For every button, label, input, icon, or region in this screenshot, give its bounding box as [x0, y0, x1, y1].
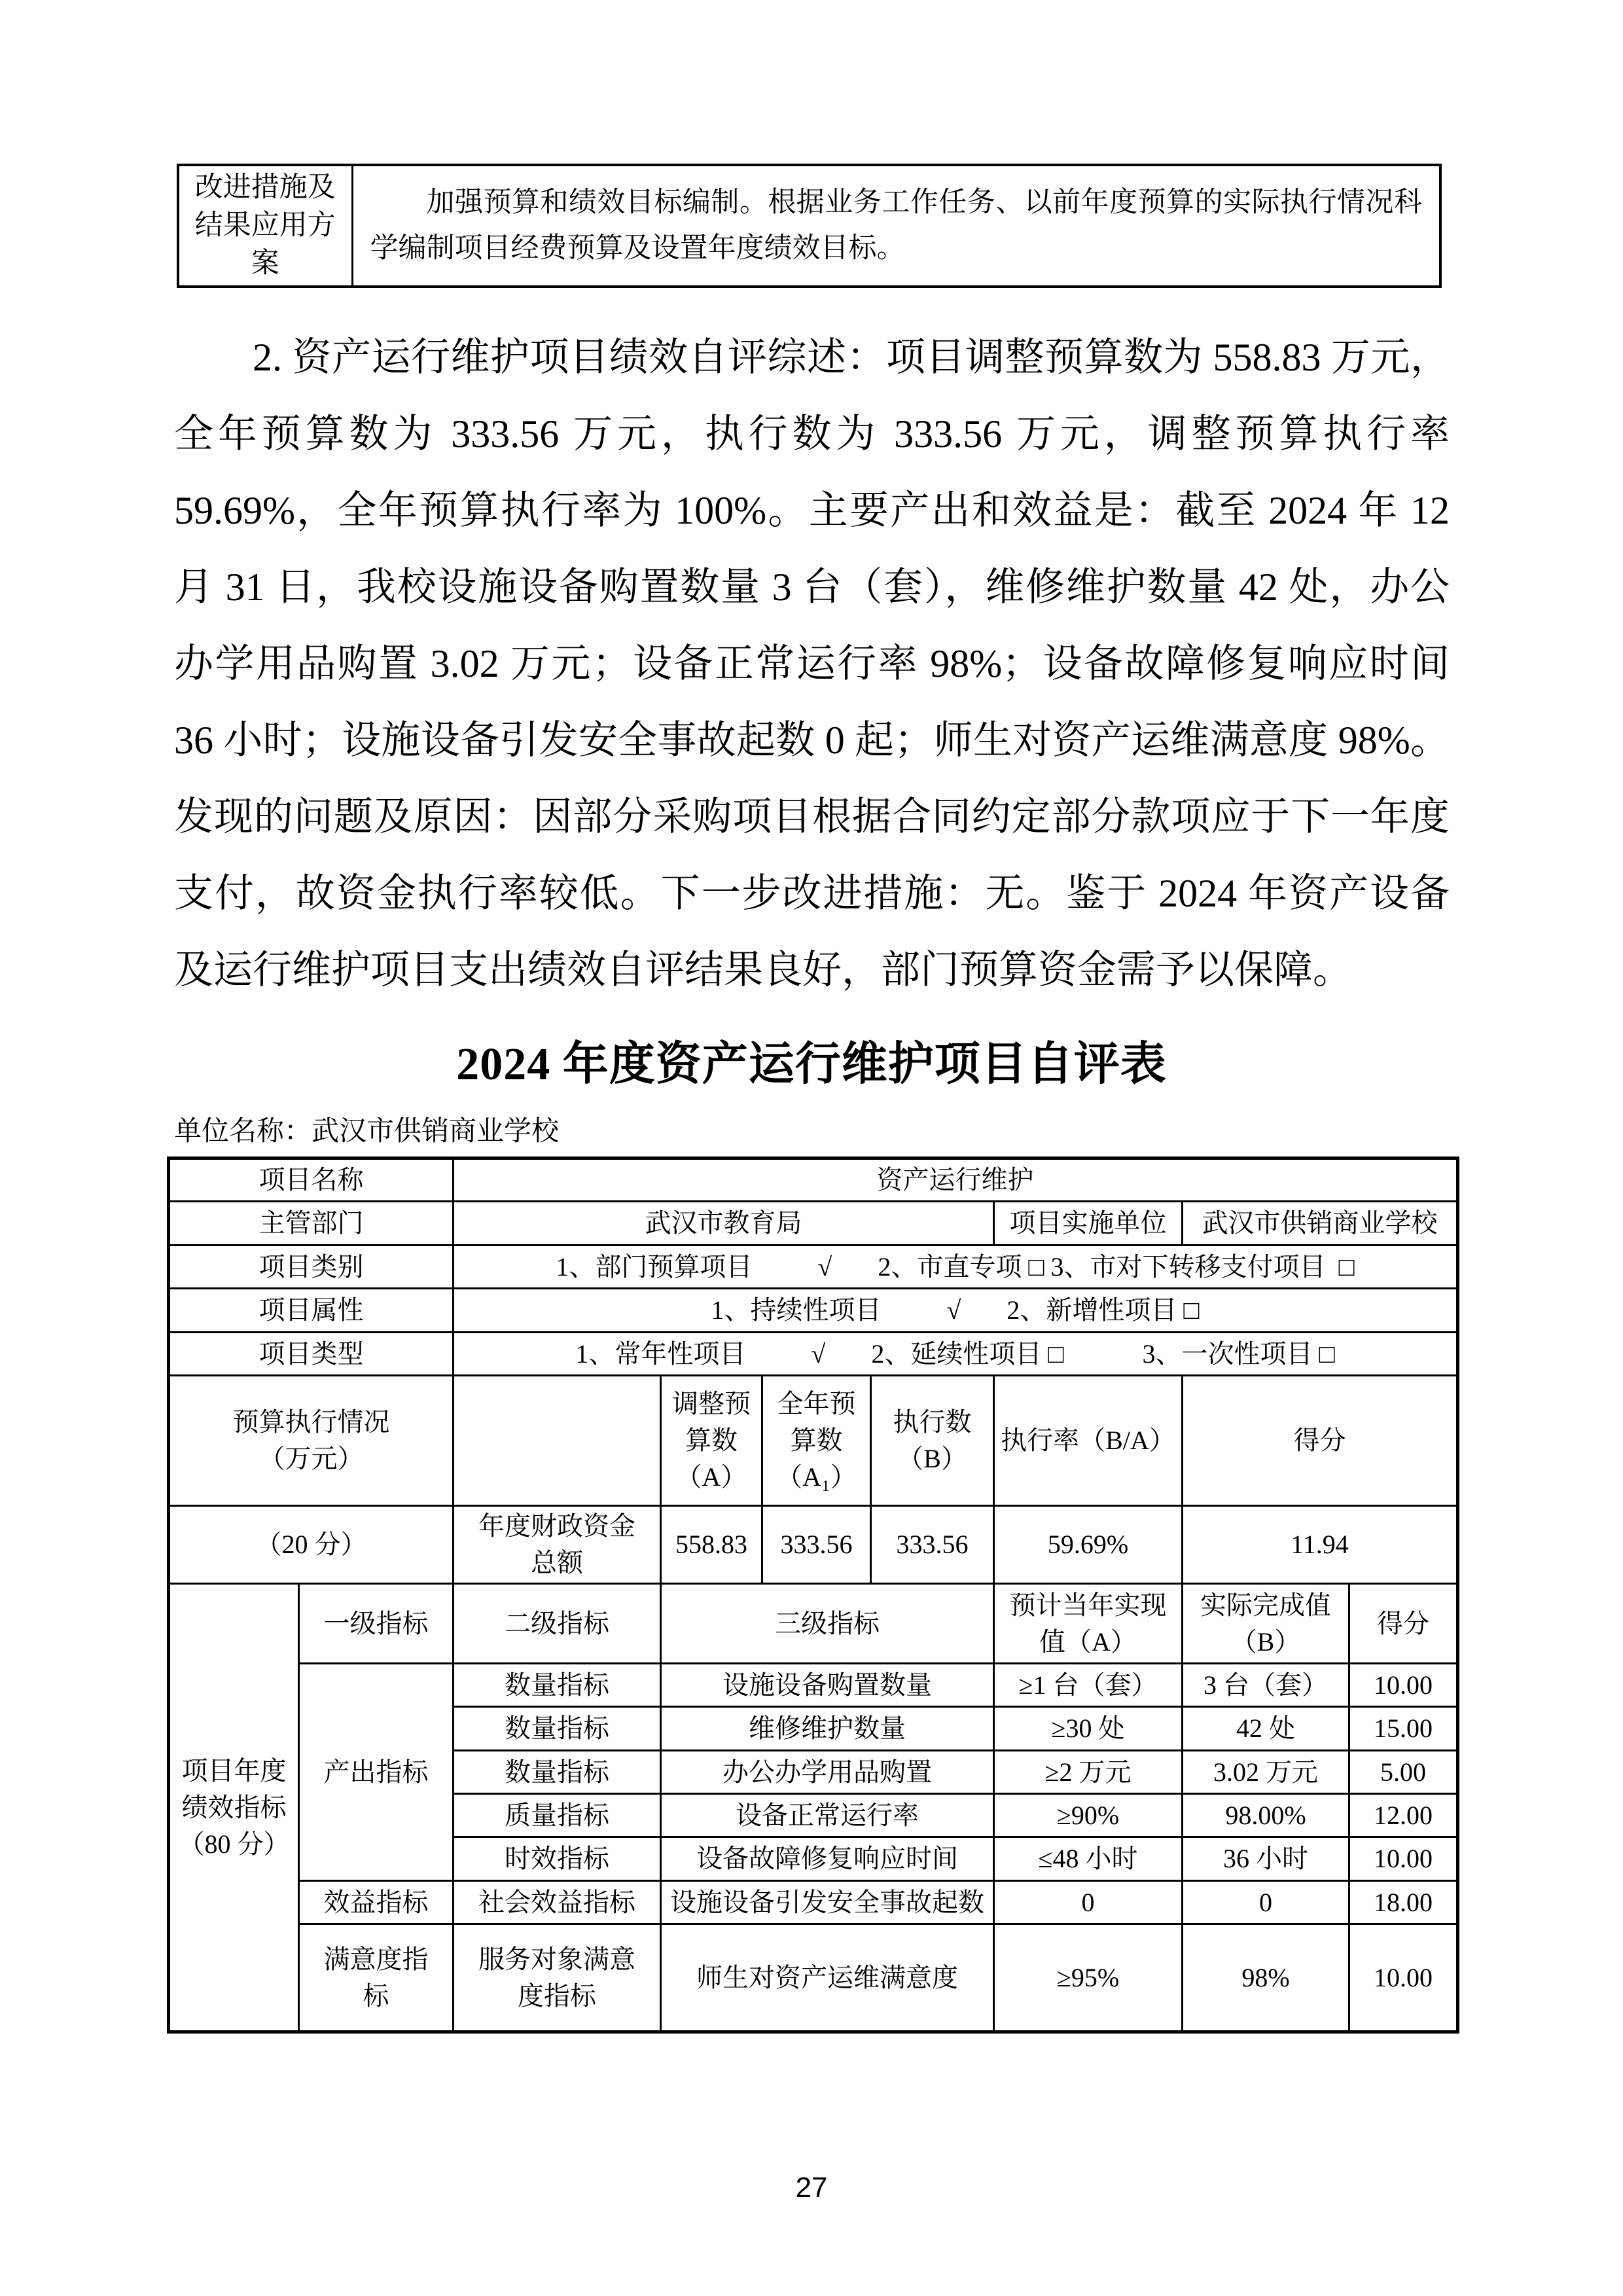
indicator-score-cell: 5.00: [1349, 1751, 1458, 1794]
indicator-score-cell: 12.00: [1349, 1794, 1458, 1837]
carryover-content-cell: 加强预算和绩效目标编制。根据业务工作任务、以前年度预算的实际执行情况科学编制项目…: [352, 165, 1440, 287]
indicator-group-output-cell: 产出指标: [299, 1664, 454, 1881]
indicator-score-cell: 18.00: [1349, 1881, 1458, 1924]
indicator-l3-cell: 设施设备购置数量: [661, 1664, 994, 1707]
table-row: 改进措施及结果应用方案 加强预算和绩效目标编制。根据业务工作任务、以前年度预算的…: [178, 165, 1440, 287]
indicator-score-header-cell: 得分: [1349, 1584, 1458, 1664]
indicator-l2-header-cell: 二级指标: [454, 1584, 661, 1664]
summary-paragraph: 2. 资产运行维护项目绩效自评综述：项目调整预算数为 558.83 万元，全年预…: [174, 319, 1450, 1009]
budget-blank-cell: [454, 1376, 661, 1506]
indicator-actual-header-cell: 实际完成值 （B）: [1183, 1584, 1349, 1664]
unit-name: 单位名称：武汉市供销商业学校: [174, 1115, 1623, 1149]
category-label-cell: 项目类别: [169, 1246, 454, 1289]
indicator-section-label-cell: 项目年度 绩效指标 （80 分）: [169, 1584, 299, 2032]
budget-adjusted-value-cell: 558.83: [661, 1506, 762, 1584]
indicator-target-cell: ≥1 台（套）: [994, 1664, 1183, 1707]
table-row: 项目年度 绩效指标 （80 分） 一级指标 二级指标 三级指标 预计当年实现 值…: [169, 1584, 1458, 1664]
budget-annual-value-cell: 333.56: [762, 1506, 871, 1584]
indicator-l3-cell: 师生对资产运维满意度: [661, 1924, 994, 2032]
indicator-l3-cell: 设备故障修复响应时间: [661, 1837, 994, 1881]
carryover-table: 改进措施及结果应用方案 加强预算和绩效目标编制。根据业务工作任务、以前年度预算的…: [177, 164, 1442, 288]
indicator-l2-cell: 数量指标: [454, 1664, 661, 1707]
indicator-target-cell: ≥2 万元: [994, 1751, 1183, 1794]
indicator-target-cell: ≥90%: [994, 1794, 1183, 1837]
indicator-actual-cell: 3 台（套）: [1183, 1664, 1349, 1707]
attribute-label-cell: 项目属性: [169, 1289, 454, 1333]
indicator-target-cell: ≤48 小时: [994, 1837, 1183, 1881]
impl-unit-label-cell: 项目实施单位: [994, 1202, 1183, 1246]
dept-value-cell: 武汉市教育局: [454, 1202, 994, 1246]
project-name-label-cell: 项目名称: [169, 1158, 454, 1202]
budget-rate-value-cell: 59.69%: [994, 1506, 1183, 1584]
table-row: 项目名称 资产运行维护: [169, 1158, 1458, 1202]
indicator-l2-cell: 质量指标: [454, 1794, 661, 1837]
indicator-l2-cell: 数量指标: [454, 1751, 661, 1794]
table-row: （20 分） 年度财政资金 总额 558.83 333.56 333.56 59…: [169, 1506, 1458, 1584]
indicator-actual-cell: 42 处: [1183, 1707, 1349, 1751]
category-value-cell: 1、部门预算项目 √ 2、市直专项 □ 3、市对下转移支付项目 □: [454, 1246, 1458, 1289]
indicator-l1-header-cell: 一级指标: [299, 1584, 454, 1664]
table-row: 项目属性 1、持续性项目 √ 2、新增性项目 □: [169, 1289, 1458, 1333]
indicator-actual-cell: 98%: [1183, 1924, 1349, 2032]
budget-row-label-cell: 年度财政资金 总额: [454, 1506, 661, 1584]
indicator-score-cell: 10.00: [1349, 1837, 1458, 1881]
indicator-l2-cell: 服务对象满意 度指标: [454, 1924, 661, 2032]
indicator-group-satisfaction-cell: 满意度指 标: [299, 1924, 454, 2032]
table-row: 项目类别 1、部门预算项目 √ 2、市直专项 □ 3、市对下转移支付项目 □: [169, 1246, 1458, 1289]
indicator-actual-cell: 0: [1183, 1881, 1349, 1924]
indicator-actual-cell: 98.00%: [1183, 1794, 1349, 1837]
page-number: 27: [0, 2172, 1623, 2204]
budget-score-header-cell: 得分: [1183, 1376, 1458, 1506]
attribute-value-cell: 1、持续性项目 √ 2、新增性项目 □: [454, 1289, 1458, 1333]
table-title: 2024 年度资产运行维护项目自评表: [0, 1037, 1623, 1092]
indicator-group-benefit-cell: 效益指标: [299, 1881, 454, 1924]
indicator-target-header-cell: 预计当年实现 值（A）: [994, 1584, 1183, 1664]
table-row: 预算执行情况 （万元） 调整预 算数 （A） 全年预 算数 （A₁） 执行数 （…: [169, 1376, 1458, 1506]
budget-adjusted-header-cell: 调整预 算数 （A）: [661, 1376, 762, 1506]
impl-unit-value-cell: 武汉市供销商业学校: [1183, 1202, 1458, 1246]
project-name-value-cell: 资产运行维护: [454, 1158, 1458, 1202]
indicator-l2-cell: 时效指标: [454, 1837, 661, 1881]
indicator-l2-cell: 数量指标: [454, 1707, 661, 1751]
budget-executed-header-cell: 执行数 （B）: [871, 1376, 994, 1506]
budget-section-label-cell: 预算执行情况 （万元）: [169, 1376, 454, 1506]
indicator-l3-cell: 设备正常运行率: [661, 1794, 994, 1837]
budget-rate-header-cell: 执行率（B/A）: [994, 1376, 1183, 1506]
table-row: 满意度指 标 服务对象满意 度指标 师生对资产运维满意度 ≥95% 98% 10…: [169, 1924, 1458, 2032]
table-row: 项目类型 1、常年性项目 √ 2、延续性项目 □ 3、一次性项目 □: [169, 1333, 1458, 1376]
table-row: 产出指标 数量指标 设施设备购置数量 ≥1 台（套） 3 台（套） 10.00: [169, 1664, 1458, 1707]
indicator-l3-cell: 设施设备引发安全事故起数: [661, 1881, 994, 1924]
budget-score-label-cell: （20 分）: [169, 1506, 454, 1584]
budget-executed-value-cell: 333.56: [871, 1506, 994, 1584]
self-eval-table: 项目名称 资产运行维护 主管部门 武汉市教育局 项目实施单位 武汉市供销商业学校…: [167, 1157, 1459, 2034]
table-row: 效益指标 社会效益指标 设施设备引发安全事故起数 0 0 18.00: [169, 1881, 1458, 1924]
indicator-l3-cell: 办公办学用品购置: [661, 1751, 994, 1794]
indicator-l3-header-cell: 三级指标: [661, 1584, 994, 1664]
indicator-target-cell: ≥95%: [994, 1924, 1183, 2032]
indicator-l3-cell: 维修维护数量: [661, 1707, 994, 1751]
indicator-l2-cell: 社会效益指标: [454, 1881, 661, 1924]
indicator-target-cell: 0: [994, 1881, 1183, 1924]
indicator-score-cell: 10.00: [1349, 1924, 1458, 2032]
dept-label-cell: 主管部门: [169, 1202, 454, 1246]
type-value-cell: 1、常年性项目 √ 2、延续性项目 □ 3、一次性项目 □: [454, 1333, 1458, 1376]
budget-score-value-cell: 11.94: [1183, 1506, 1458, 1584]
table-row: 主管部门 武汉市教育局 项目实施单位 武汉市供销商业学校: [169, 1202, 1458, 1246]
indicator-actual-cell: 3.02 万元: [1183, 1751, 1349, 1794]
document-page: 改进措施及结果应用方案 加强预算和绩效目标编制。根据业务工作任务、以前年度预算的…: [0, 0, 1623, 2296]
indicator-score-cell: 15.00: [1349, 1707, 1458, 1751]
indicator-actual-cell: 36 小时: [1183, 1837, 1349, 1881]
indicator-target-cell: ≥30 处: [994, 1707, 1183, 1751]
type-label-cell: 项目类型: [169, 1333, 454, 1376]
carryover-label-cell: 改进措施及结果应用方案: [178, 165, 352, 287]
indicator-score-cell: 10.00: [1349, 1664, 1458, 1707]
budget-annual-header-cell: 全年预 算数 （A₁）: [762, 1376, 871, 1506]
